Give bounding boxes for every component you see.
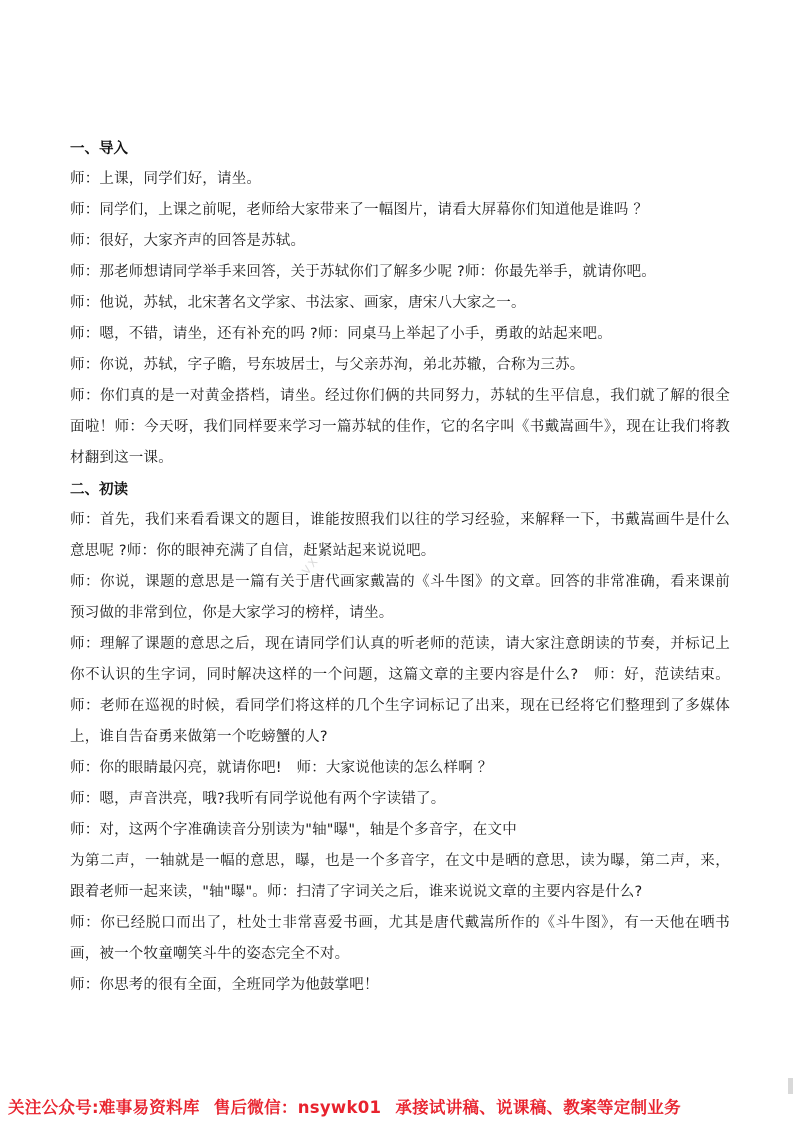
paragraph: 师：那老师想请同学举手来回答，关于苏轼你们了解多少呢 ?师：你最先举手，就请你吧…	[70, 257, 730, 288]
paragraph: 师：你说，苏轼，字子瞻，号东坡居士，与父亲苏洵，弟北苏辙，合称为三苏。	[70, 350, 730, 381]
paragraph: 师：你已经脱口而出了，杜处士非常喜爱书画，尤其是唐代戴嵩所作的《斗牛图》，有一天…	[70, 908, 730, 970]
paragraph: 师：同学们，上课之前呢，老师给大家带来了一幅图片，请看大屏幕你们知道他是谁吗 ？	[70, 195, 730, 226]
paragraph: 师：你说，课题的意思是一篇有关于唐代画家戴嵩的《斗牛图》的文章。回答的非常准确，…	[70, 567, 730, 629]
paragraph: 师：嗯，不错，请坐，还有补充的吗 ?师：同桌马上举起了小手，勇敢的站起来吧。	[70, 319, 730, 350]
paragraph: 师：他说，苏轼，北宋著名文学家、书法家、画家，唐宋八大家之一。	[70, 288, 730, 319]
paragraph: 师：首先，我们来看看课文的题目，谁能按照我们以往的学习经验，来解释一下，书戴嵩画…	[70, 505, 730, 567]
paragraph: 师：上课，同学们好，请坐。	[70, 164, 730, 195]
page-edge-marker	[788, 1078, 793, 1094]
document-page: 一、导入 师：上课，同学们好，请坐。 师：同学们，上课之前呢，老师给大家带来了一…	[70, 133, 730, 1001]
footer-services: 承接试讲稿、说课稿、教案等定制业务	[395, 1094, 681, 1118]
section-heading-first-reading: 二、初读	[70, 474, 730, 505]
paragraph: 师：你们真的是一对黄金搭档，请坐。经过你们俩的共同努力，苏轼的生平信息，我们就了…	[70, 381, 730, 474]
paragraph: 师：嗯，声音洪亮，哦?我听有同学说他有两个字读错了。	[70, 784, 730, 815]
paragraph: 师：很好，大家齐声的回答是苏轼。	[70, 226, 730, 257]
footer-banner: 关注公众号:难事易资料库 售后微信：nsywk01 承接试讲稿、说课稿、教案等定…	[0, 1090, 793, 1122]
paragraph: 为第二声，一轴就是一幅的意思，曝，也是一个多音字，在文中是晒的意思，读为曝，第二…	[70, 846, 730, 908]
paragraph: 师：你思考的很有全面，全班同学为他鼓掌吧！	[70, 970, 730, 1001]
footer-account: 关注公众号:难事易资料库	[8, 1094, 200, 1118]
paragraph: 师：你的眼睛最闪亮，就请你吧! 师：大家说他读的怎么样啊 ？	[70, 753, 730, 784]
footer-wechat: 售后微信：nsywk01	[214, 1094, 382, 1118]
paragraph: 师：理解了课题的意思之后，现在请同学们认真的听老师的范读，请大家注意朗读的节奏，…	[70, 629, 730, 753]
section-heading-intro: 一、导入	[70, 133, 730, 164]
paragraph: 师：对，这两个字准确读音分别读为"轴"曝"，轴是个多音字，在文中	[70, 815, 730, 846]
